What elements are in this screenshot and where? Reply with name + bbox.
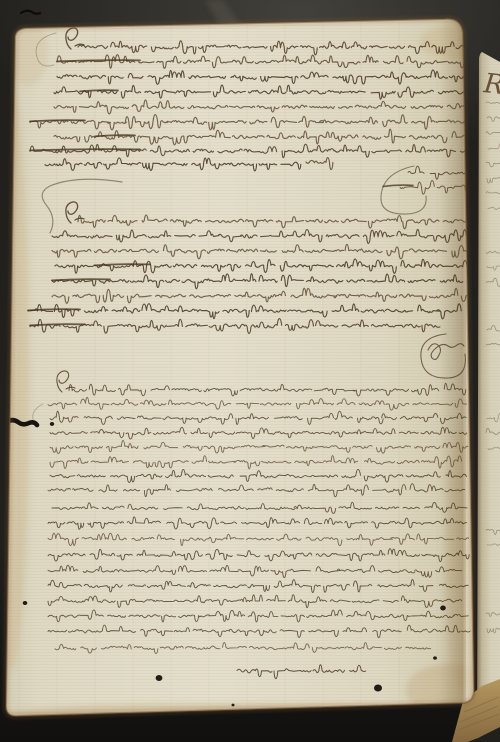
- ink-spot: [156, 675, 163, 681]
- manuscript-scene: R: [0, 0, 500, 742]
- ink-spot: [50, 422, 54, 426]
- ink-spot: [23, 601, 28, 605]
- manuscript-photograph: R: [0, 0, 500, 742]
- ink-spot: [440, 606, 446, 611]
- ink-spot: [374, 684, 382, 691]
- manuscript-page: [0, 0, 500, 742]
- adjacent-page-initial-letter: R: [481, 68, 500, 101]
- ink-spot: [433, 656, 437, 659]
- ink-spot: [232, 704, 235, 707]
- page-surface: [0, 0, 500, 742]
